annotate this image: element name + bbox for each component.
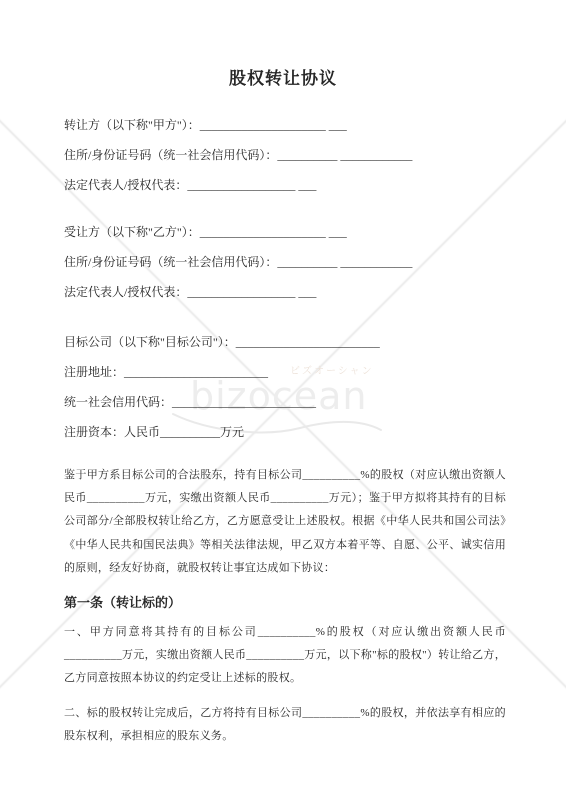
article1-heading: 第一条（转让标的） (64, 593, 506, 613)
article1-clause1: 一、甲方同意将其持有的目标公司__________%的股权（对应认缴出资额人民币… (64, 621, 506, 691)
contract-page: ビズオーシャン bizocean 股权转让协议 转让方（以下称"甲方"）：___… (0, 0, 566, 800)
document-body: 股权转让协议 转让方（以下称"甲方"）：____________________… (0, 0, 566, 800)
article1-clause2: 二、标的股权转让完成后，乙方将持有目标公司__________%的股权，并依法享… (64, 702, 506, 748)
transferor-name-line: 转让方（以下称"甲方"）：_____________________ ___ (64, 110, 506, 140)
target-company-credit-code-line: 统一社会信用代码：________________________ (64, 387, 506, 417)
transferor-block: 转让方（以下称"甲方"）：_____________________ ___ 住… (64, 110, 506, 200)
target-company-capital-line: 注册资本：人民币__________万元 (64, 417, 506, 447)
document-title: 股权转让协议 (0, 0, 566, 90)
transferee-address-line: 住所/身份证号码（统一社会信用代码）：__________ __________… (64, 247, 506, 277)
transferor-address-line: 住所/身份证号码（统一社会信用代码）：__________ __________… (64, 140, 506, 170)
transferee-block: 受让方（以下称"乙方"）：_____________________ ___ 住… (64, 217, 506, 307)
transferor-representative-line: 法定代表人/授权代表：__________________ ___ (64, 170, 506, 200)
transferee-representative-line: 法定代表人/授权代表：__________________ ___ (64, 277, 506, 307)
target-company-name-line: 目标公司（以下称"目标公司"）：________________________ (64, 327, 506, 357)
preamble-paragraph: 鉴于甲方系目标公司的合法股东，持有目标公司__________%的股权（对应认缴… (64, 464, 506, 580)
target-company-block: 目标公司（以下称"目标公司"）：________________________… (64, 327, 506, 447)
target-company-address-line: 注册地址：________________________ (64, 357, 506, 387)
transferee-name-line: 受让方（以下称"乙方"）：_____________________ ___ (64, 217, 506, 247)
